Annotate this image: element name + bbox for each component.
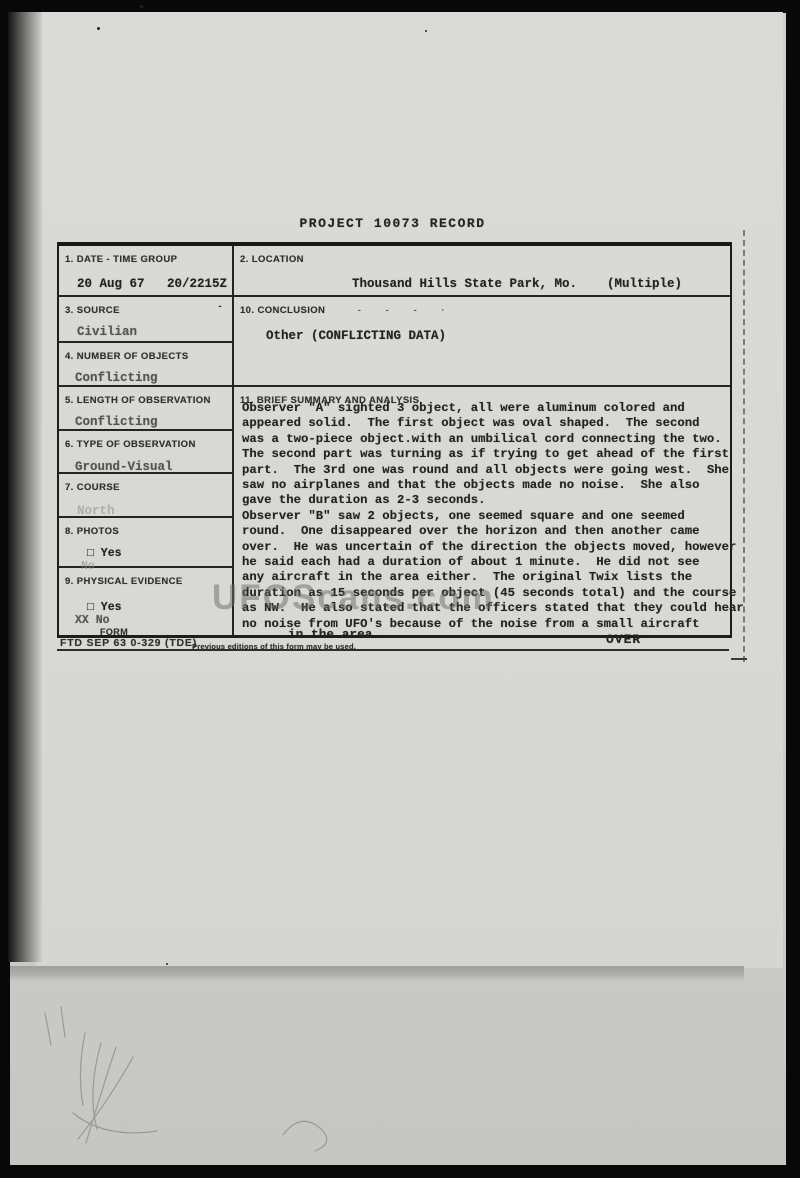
field-label: 3. SOURCE [65,305,120,316]
scan-speck [97,27,100,30]
field-conclusion: 10. CONCLUSION - - - · Other (CONFLICTIN… [232,297,730,387]
over-label: OVER [606,632,641,647]
scan-speck [166,963,168,965]
photos-yes-checkbox: □ Yes [87,547,232,560]
field-value: Conflicting [75,371,232,385]
summary-continuation: in the area. [288,627,380,642]
field-number-of-objects: 4. NUMBER OF OBJECTS Conflicting [59,343,232,387]
field-photos: 8. PHOTOS □ Yes No [59,518,232,568]
field-label: 5. LENGTH OF OBSERVATION [65,395,211,406]
field-value: 20 Aug 67 20/2215Z [77,277,232,291]
footer-dash [731,658,747,660]
form-word: FORM [100,627,128,637]
footer-rule [57,649,729,651]
watermark: UFOScans.com [212,578,495,618]
pencil-scratches [15,985,465,1170]
field-course: 7. COURSE North [59,474,232,518]
field-physical-evidence: 9. PHYSICAL EVIDENCE □ Yes XX No [59,568,232,635]
field-location: 2. LOCATION Thousand Hills State Park, M… [232,246,730,297]
field-label: 1. DATE - TIME GROUP [65,254,177,265]
paper-crease-line [743,230,745,662]
field-type-of-observation: 6. TYPE OF OBSERVATION Ground-Visual [59,431,232,474]
field-label: 2. LOCATION [240,254,304,265]
form-number: FTD SEP 63 0-329 (TDE) [60,637,197,649]
field-value: North [77,504,232,518]
field-length-of-observation: 5. LENGTH OF OBSERVATION Conflicting [59,387,232,431]
scan-speck [140,5,143,8]
document-title: PROJECT 10073 RECORD [57,216,728,231]
field-value: Civilian [77,325,232,339]
field-label: 8. PHOTOS [65,526,119,537]
page-edge-shadow [8,12,42,962]
sheet-bottom-shadow [10,966,744,980]
field-date-time-group: 1. DATE - TIME GROUP 20 Aug 67 20/2215Z [59,246,232,297]
scan-noise-mark: - [218,301,222,312]
field-label: 10. CONCLUSION [240,305,325,316]
field-label: 7. COURSE [65,482,120,493]
field-label: 4. NUMBER OF OBJECTS [65,351,189,362]
evidence-no-checkbox: XX No [75,614,232,627]
field-value: Ground-Visual [75,460,232,474]
scan-speck [425,30,427,32]
scanned-document-page: PROJECT 10073 RECORD 1. DATE - TIME GROU… [0,0,800,1178]
field-value: Other (CONFLICTING DATA) [266,329,730,343]
field-source: 3. SOURCE - Civilian [59,297,232,343]
evidence-yes-checkbox: □ Yes [87,601,232,614]
scan-noise-marks: - - - · [358,305,445,316]
field-label: 9. PHYSICAL EVIDENCE [65,576,183,587]
field-value: Conflicting [75,415,232,429]
field-value: Thousand Hills State Park, Mo. (Multiple… [352,277,730,291]
field-label: 6. TYPE OF OBSERVATION [65,439,196,450]
